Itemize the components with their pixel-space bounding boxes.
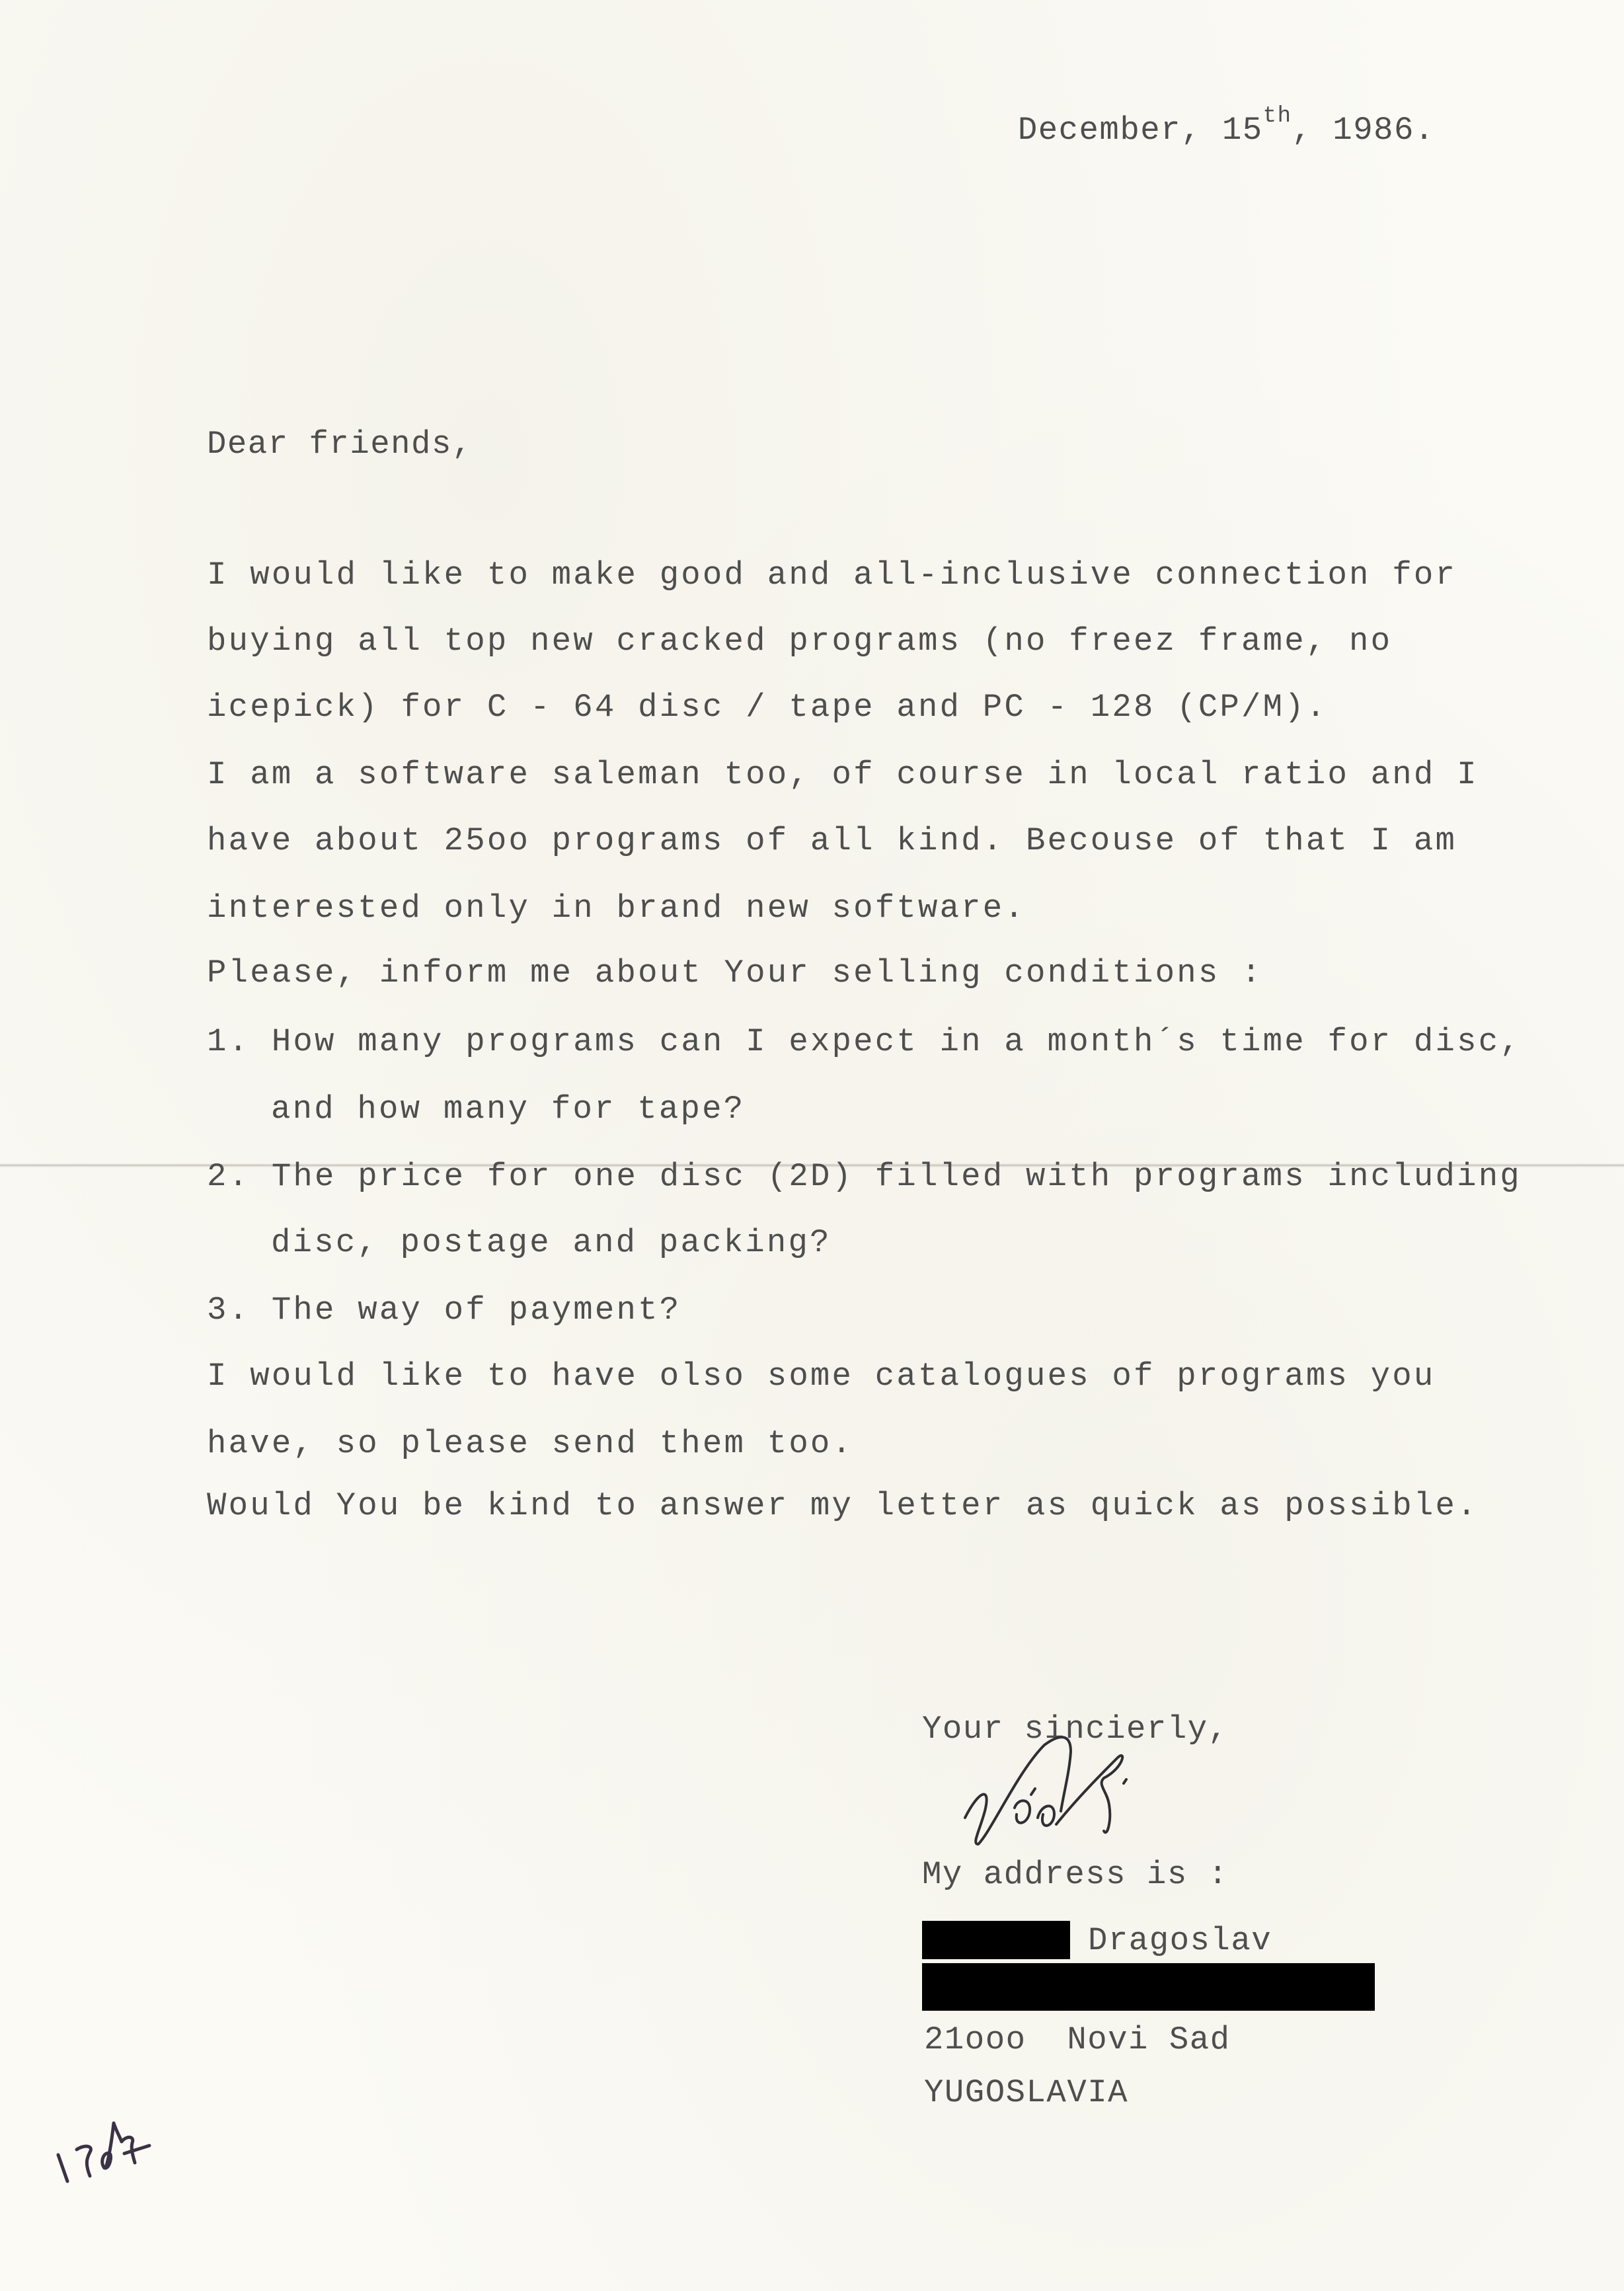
question-2-number: 2. [207, 1158, 250, 1195]
handwritten-note-text: 1707 [53, 2115, 55, 2116]
date-year: , 1986. [1292, 112, 1434, 149]
handwritten-note-icon: 1707 [53, 2115, 185, 2194]
question-3-number: 3. [207, 1292, 250, 1329]
signature-icon [939, 1732, 1216, 1864]
date-month-day: December, 15 [1018, 112, 1263, 149]
address-first-name: Dragoslav [1088, 1925, 1272, 1957]
date-day-suffix: th [1263, 104, 1292, 129]
body-line-1: I would like to make good and all-inclus… [207, 559, 1457, 592]
body-line-7: Please, inform me about Your selling con… [207, 957, 1263, 990]
question-3: 3. The way of payment? [207, 1294, 681, 1327]
body-line-4: I am a software saleman too, of course i… [207, 759, 1479, 791]
paper-background [0, 0, 1624, 2291]
closing-line-1: I would like to have olso some catalogue… [207, 1360, 1435, 1393]
question-2: 2. The price for one disc (2D) filled wi… [207, 1161, 1522, 1193]
question-2-text: The price for one disc (2D) filled with … [272, 1158, 1522, 1195]
redacted-surname [922, 1921, 1070, 1959]
body-line-5: have about 25oo programs of all kind. Be… [207, 825, 1457, 857]
address-label: My address is : [922, 1859, 1229, 1891]
body-line-6: interested only in brand new software. [207, 892, 1026, 925]
salutation: Dear friends, [207, 428, 473, 461]
question-1-number: 1. [207, 1023, 250, 1060]
question-1-text: How many programs can I expect in a mont… [272, 1023, 1522, 1060]
question-3-text: The way of payment? [272, 1292, 681, 1329]
redacted-street [922, 1963, 1375, 2011]
closing-line-3: Would You be kind to answer my letter as… [207, 1490, 1479, 1522]
question-1: 1. How many programs can I expect in a m… [207, 1026, 1522, 1058]
closing-line-2: have, so please send them too. [207, 1428, 853, 1460]
question-2-continued: disc, postage and packing? [271, 1227, 831, 1259]
address-country: YUGOSLAVIA [924, 2077, 1128, 2109]
question-1-continued: and how many for tape? [271, 1093, 745, 1126]
body-line-3: icepick) for C - 64 disc / tape and PC -… [207, 691, 1327, 724]
letter-date: December, 15th, 1986. [977, 82, 1435, 147]
body-line-2: buying all top new cracked programs (no … [207, 625, 1392, 658]
address-postal-city: 21ooo Novi Sad [924, 2024, 1231, 2056]
